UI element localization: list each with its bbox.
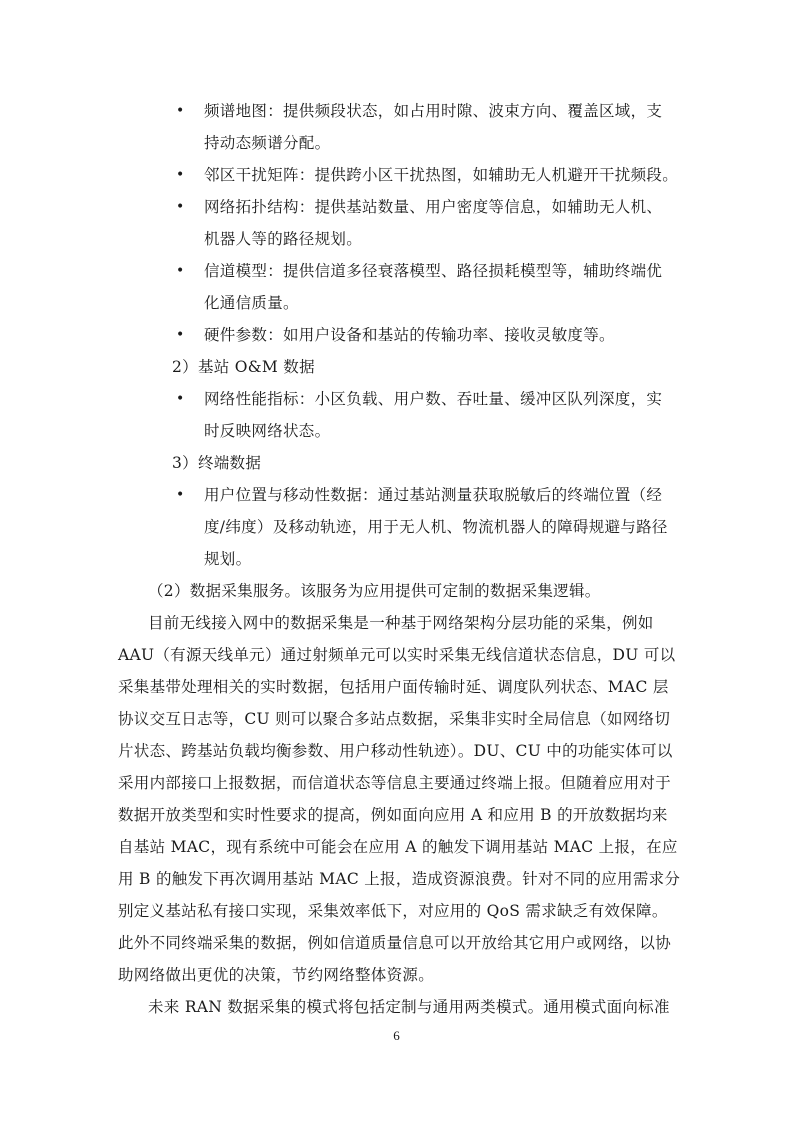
paragraph-line: 未来 RAN 数据采集的模式将包括定制与通用两类模式。通用模式面向标准	[148, 997, 670, 1017]
bullet-text-user-location-cont: 度/纬度）及移动轨迹，用于无人机、物流机器人的障碍规避与路径	[204, 517, 668, 537]
bullet-text-channel-model-cont: 化通信质量。	[204, 293, 299, 313]
paragraph-line: 目前无线接入网中的数据采集是一种基于网络架构分层功能的采集，例如	[148, 613, 654, 633]
paragraph-line: 用 B 的触发下再次调用基站 MAC 上报，造成资源浪费。针对不同的应用需求分	[118, 869, 680, 889]
paragraph-line: 助网络做出更优的决策，节约网络整体资源。	[118, 965, 434, 985]
bullet-text-hardware-params: 硬件参数：如用户设备和基站的传输功率、接收灵敏度等。	[204, 325, 615, 345]
document-page: • 频谱地图：提供频段状态，如占用时隙、波束方向、覆盖区域，支 持动态频谱分配。…	[0, 0, 793, 1122]
bullet-icon: •	[176, 485, 184, 505]
paragraph-line: 此外不同终端采集的数据，例如信道质量信息可以开放给其它用户或网络，以协	[118, 933, 671, 953]
bullet-text-interference-matrix: 邻区干扰矩阵：提供跨小区干扰热图，如辅助无人机避开干扰频段。	[204, 165, 678, 185]
paragraph-line: 别定义基站私有接口实现，采集效率低下，对应用的 QoS 需求缺乏有效保障。	[118, 901, 668, 921]
bullet-icon: •	[176, 325, 184, 345]
bullet-text-network-performance-cont: 时反映网络状态。	[204, 421, 330, 441]
bullet-text-user-location: 用户位置与移动性数据：通过基站测量获取脱敏后的终端位置（经	[204, 485, 662, 505]
bullet-text-network-performance: 网络性能指标：小区负载、用户数、吞吐量、缓冲区队列深度，实	[204, 389, 662, 409]
bullet-text-user-location-cont2: 规划。	[204, 549, 251, 569]
bullet-icon: •	[176, 197, 184, 217]
page-number: 6	[0, 1028, 793, 1044]
section-heading-data-collection: （2）数据采集服务。该服务为应用提供可定制的数据采集逻辑。	[148, 581, 601, 601]
subheading-om-data: 2）基站 O&M 数据	[172, 357, 315, 377]
paragraph-line: 采用内部接口上报数据，而信道状态等信息主要通过终端上报。但随着应用对于	[118, 773, 671, 793]
bullet-icon: •	[176, 101, 184, 121]
bullet-text-network-topology: 网络拓扑结构：提供基站数量、用户密度等信息，如辅助无人机、	[204, 197, 662, 217]
paragraph-line: 数据开放类型和实时性要求的提高，例如面向应用 A 和应用 B 的开放数据均来	[118, 805, 668, 825]
paragraph-line: 自基站 MAC，现有系统中可能会在应用 A 的触发下调用基站 MAC 上报，在应	[118, 837, 678, 857]
bullet-text-network-topology-cont: 机器人等的路径规划。	[204, 229, 362, 249]
bullet-text-channel-model: 信道模型：提供信道多径衰落模型、路径损耗模型等，辅助终端优	[204, 261, 662, 281]
paragraph-line: 采集基带处理相关的实时数据，包括用户面传输时延、调度队列状态、MAC 层	[118, 677, 669, 697]
paragraph-line: 片状态、跨基站负载均衡参数、用户移动性轨迹）。DU、CU 中的功能实体可以	[118, 741, 673, 761]
bullet-text-spectrum-map-cont: 持动态频谱分配。	[204, 133, 330, 153]
subheading-terminal-data: 3）终端数据	[172, 453, 261, 473]
paragraph-line: 协议交互日志等，CU 则可以聚合多站点数据，采集非实时全局信息（如网络切	[118, 709, 670, 729]
bullet-text-spectrum-map: 频谱地图：提供频段状态，如占用时隙、波束方向、覆盖区域，支	[204, 101, 662, 121]
bullet-icon: •	[176, 389, 184, 409]
bullet-icon: •	[176, 165, 184, 185]
paragraph-line: AAU（有源天线单元）通过射频单元可以实时采集无线信道状态信息，DU 可以	[118, 645, 675, 665]
bullet-icon: •	[176, 261, 184, 281]
